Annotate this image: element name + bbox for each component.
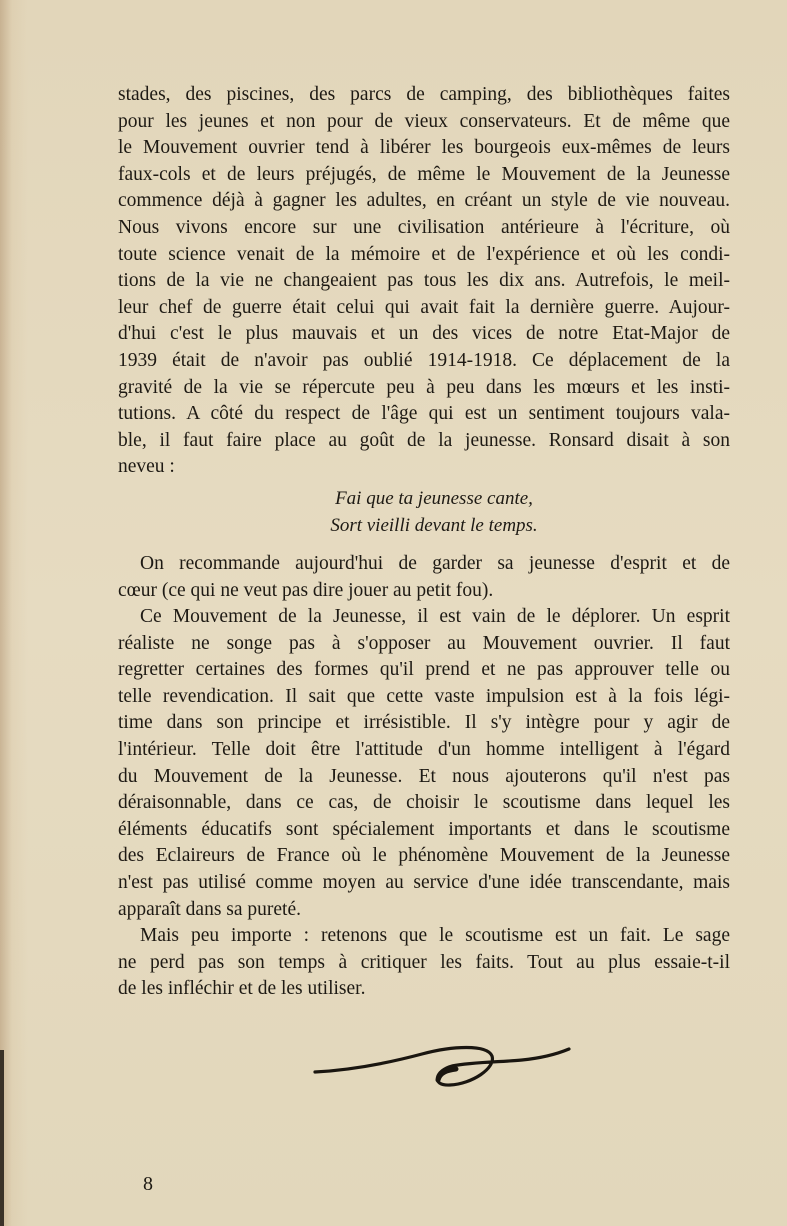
paragraph-2: On recommande aujourd'hui de garder sa j… xyxy=(118,551,730,604)
paragraph-3: Ce Mouvement de la Jeunesse, il est vain… xyxy=(118,604,730,923)
text-line: time dans son principe et irrésistible. … xyxy=(118,710,730,737)
page-body-text: stades, des piscines, des parcs de campi… xyxy=(118,82,730,1003)
text-line: Mais peu importe : retenons que le scout… xyxy=(118,923,730,950)
text-line: cœur (ce qui ne veut pas dire jouer au p… xyxy=(118,578,730,605)
text-line: déraisonnable, dans ce cas, de choisir l… xyxy=(118,790,730,817)
text-line: de les infléchir et de les utiliser. xyxy=(118,976,730,1003)
text-line: regretter certaines des formes qu'il pre… xyxy=(118,657,730,684)
page-number: 8 xyxy=(143,1173,153,1196)
text-line: telle revendication. Il sait que cette v… xyxy=(118,684,730,711)
text-line: d'hui c'est le plus mauvais et un des vi… xyxy=(118,321,730,348)
text-line: commence déjà à gagner les adultes, en c… xyxy=(118,188,730,215)
text-line: toute science venait de la mémoire et de… xyxy=(118,242,730,269)
text-line: éléments éducatifs sont spécialement imp… xyxy=(118,817,730,844)
text-line: n'est pas utilisé comme moyen au service… xyxy=(118,870,730,897)
text-line: des Eclaireurs de France où le phénomène… xyxy=(118,843,730,870)
text-line: ne perd pas son temps à critiquer les fa… xyxy=(118,950,730,977)
book-spine-edge xyxy=(0,1050,4,1226)
verse-quote: Fai que ta jeunesse cante, Sort vieilli … xyxy=(118,485,730,539)
verse-line: Sort vieilli devant le temps. xyxy=(118,512,730,539)
text-line: Nous vivons encore sur une civilisation … xyxy=(118,215,730,242)
text-line: apparaît dans sa pureté. xyxy=(118,897,730,924)
text-line: tions de la vie ne changeaient pas tous … xyxy=(118,268,730,295)
verse-line: Fai que ta jeunesse cante, xyxy=(118,485,730,512)
paragraph-4: Mais peu importe : retenons que le scout… xyxy=(118,923,730,1003)
text-line: Ce Mouvement de la Jeunesse, il est vain… xyxy=(118,604,730,631)
text-line: 1939 était de n'avoir pas oublié 1914-19… xyxy=(118,348,730,375)
text-line: leur chef de guerre était celui qui avai… xyxy=(118,295,730,322)
paragraph-1: stades, des piscines, des parcs de campi… xyxy=(118,82,730,481)
text-line: tutions. A côté du respect de l'âge qui … xyxy=(118,401,730,428)
flourish-ornament-icon xyxy=(312,1040,572,1090)
text-line: stades, des piscines, des parcs de campi… xyxy=(118,82,730,109)
text-line: le Mouvement ouvrier tend à libérer les … xyxy=(118,135,730,162)
text-line: neveu : xyxy=(118,454,730,481)
book-page: stades, des piscines, des parcs de campi… xyxy=(0,0,787,1226)
text-line: réaliste ne songe pas à s'opposer au Mou… xyxy=(118,631,730,658)
text-line: du Mouvement de la Jeunesse. Et nous ajo… xyxy=(118,764,730,791)
text-line: ble, il faut faire place au goût de la j… xyxy=(118,428,730,455)
text-line: gravité de la vie se répercute peu à peu… xyxy=(118,375,730,402)
text-line: pour les jeunes et non pour de vieux con… xyxy=(118,109,730,136)
text-line: faux-cols et de leurs préjugés, de même … xyxy=(118,162,730,189)
spacer xyxy=(118,539,730,551)
text-line: l'intérieur. Telle doit être l'attitude … xyxy=(118,737,730,764)
text-line: On recommande aujourd'hui de garder sa j… xyxy=(118,551,730,578)
